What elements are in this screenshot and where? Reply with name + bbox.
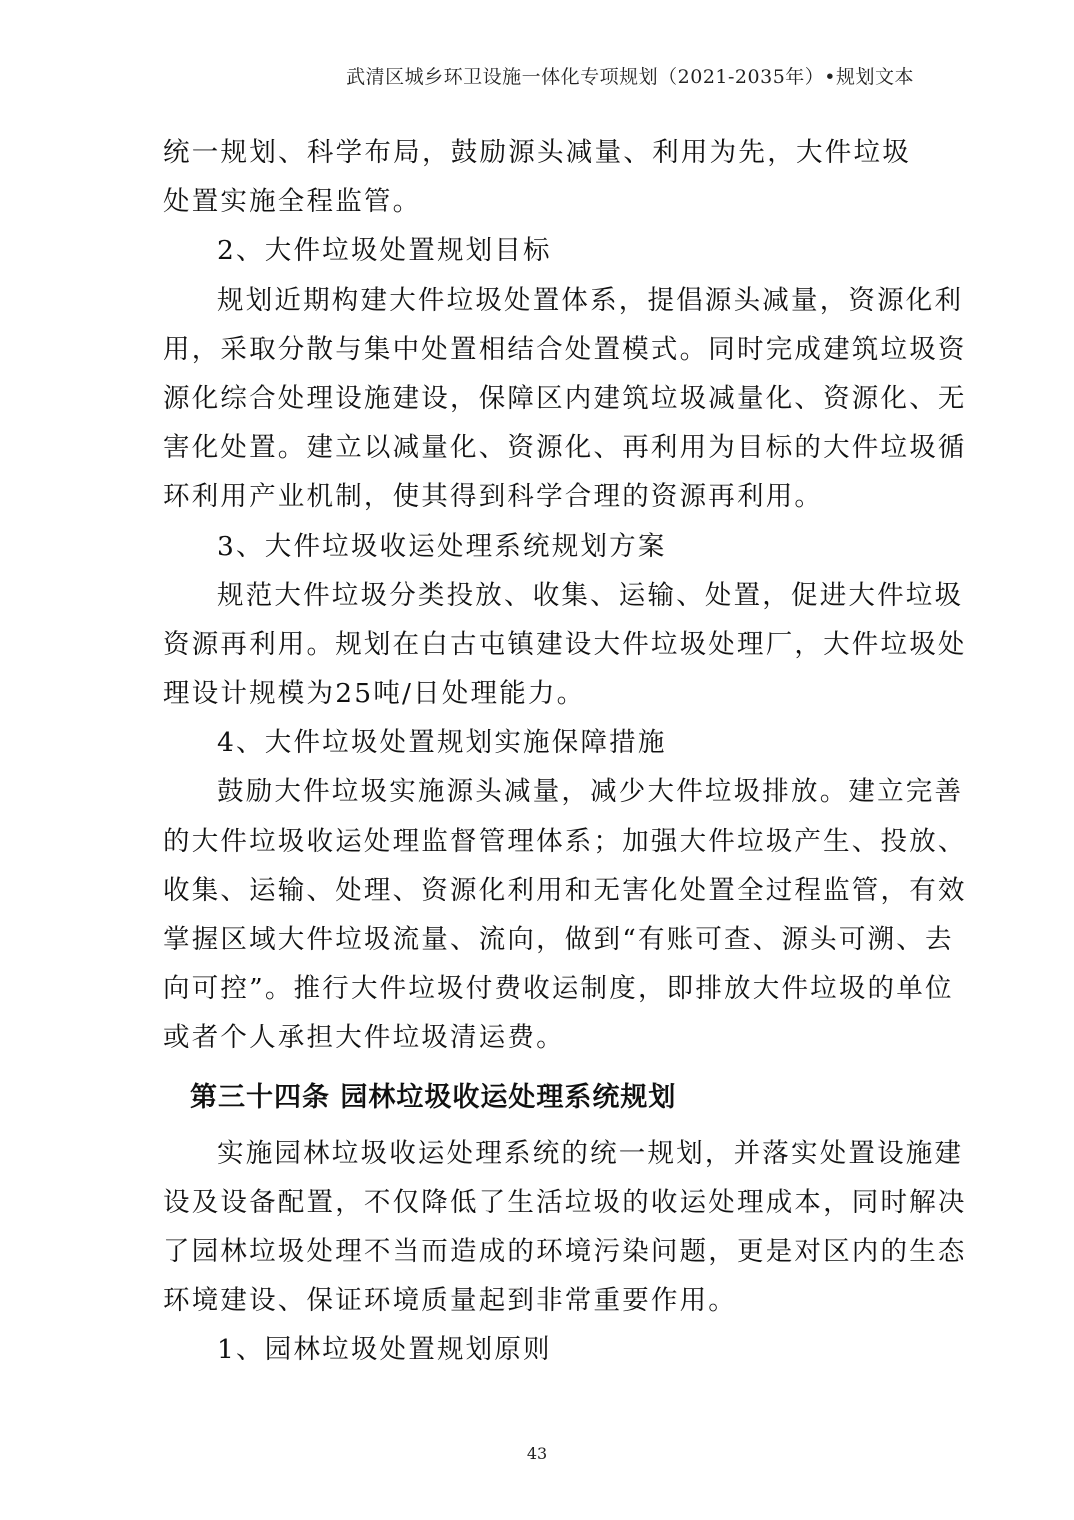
paragraph-line: 设及设备配置，不仅降低了生活垃圾的收运处理成本，同时解决	[163, 1178, 911, 1227]
section-heading-article-34: 第三十四条 园林垃圾收运处理系统规划	[163, 1067, 911, 1129]
paragraph-line: 理设计规模为25吨/日处理能力。	[163, 669, 911, 718]
subheading-safeguard-measures: 4、大件垃圾处置规划实施保障措施	[163, 718, 911, 767]
document-body: 统一规划、科学布局，鼓励源头减量、利用为先，大件垃圾 处置实施全程监管。 2、大…	[163, 128, 911, 1375]
subheading-disposal-goals: 2、大件垃圾处置规划目标	[163, 226, 911, 275]
paragraph-line: 掌握区域大件垃圾流量、流向，做到“有账可查、源头可溯、去	[163, 915, 911, 964]
paragraph-line: 环利用产业机制，使其得到科学合理的资源再利用。	[163, 472, 911, 521]
subheading-garden-waste-principles: 1、园林垃圾处置规划原则	[163, 1325, 911, 1374]
paragraph-line: 向可控”。推行大件垃圾付费收运制度，即排放大件垃圾的单位	[163, 964, 911, 1013]
paragraph-line: 统一规划、科学布局，鼓励源头减量、利用为先，大件垃圾	[163, 128, 911, 177]
paragraph-line: 鼓励大件垃圾实施源头减量，减少大件垃圾排放。建立完善	[163, 767, 911, 816]
paragraph-line: 规划近期构建大件垃圾处置体系，提倡源头减量，资源化利	[163, 276, 911, 325]
paragraph-line: 了园林垃圾处理不当而造成的环境污染问题，更是对区内的生态	[163, 1227, 911, 1276]
paragraph-line: 收集、运输、处理、资源化利用和无害化处置全过程监管，有效	[163, 866, 911, 915]
paragraph-line: 源化综合处理设施建设，保障区内建筑垃圾减量化、资源化、无	[163, 374, 911, 423]
paragraph-line: 环境建设、保证环境质量起到非常重要作用。	[163, 1276, 911, 1325]
subheading-collection-plan: 3、大件垃圾收运处理系统规划方案	[163, 522, 911, 571]
paragraph-line: 实施园林垃圾收运处理系统的统一规划，并落实处置设施建	[163, 1129, 911, 1178]
paragraph-line: 的大件垃圾收运处理监督管理体系；加强大件垃圾产生、投放、	[163, 817, 911, 866]
running-header: 武清区城乡环卫设施一体化专项规划（2021-2035年）•规划文本	[346, 62, 914, 89]
paragraph-line: 用，采取分散与集中处置相结合处置模式。同时完成建筑垃圾资	[163, 325, 911, 374]
paragraph-line: 资源再利用。规划在白古屯镇建设大件垃圾处理厂，大件垃圾处	[163, 620, 911, 669]
paragraph-line: 规范大件垃圾分类投放、收集、运输、处置，促进大件垃圾	[163, 571, 911, 620]
page-number: 43	[0, 1444, 1074, 1463]
paragraph-line: 或者个人承担大件垃圾清运费。	[163, 1013, 911, 1062]
paragraph-line: 害化处置。建立以减量化、资源化、再利用为目标的大件垃圾循	[163, 423, 911, 472]
paragraph-line: 处置实施全程监管。	[163, 177, 911, 226]
